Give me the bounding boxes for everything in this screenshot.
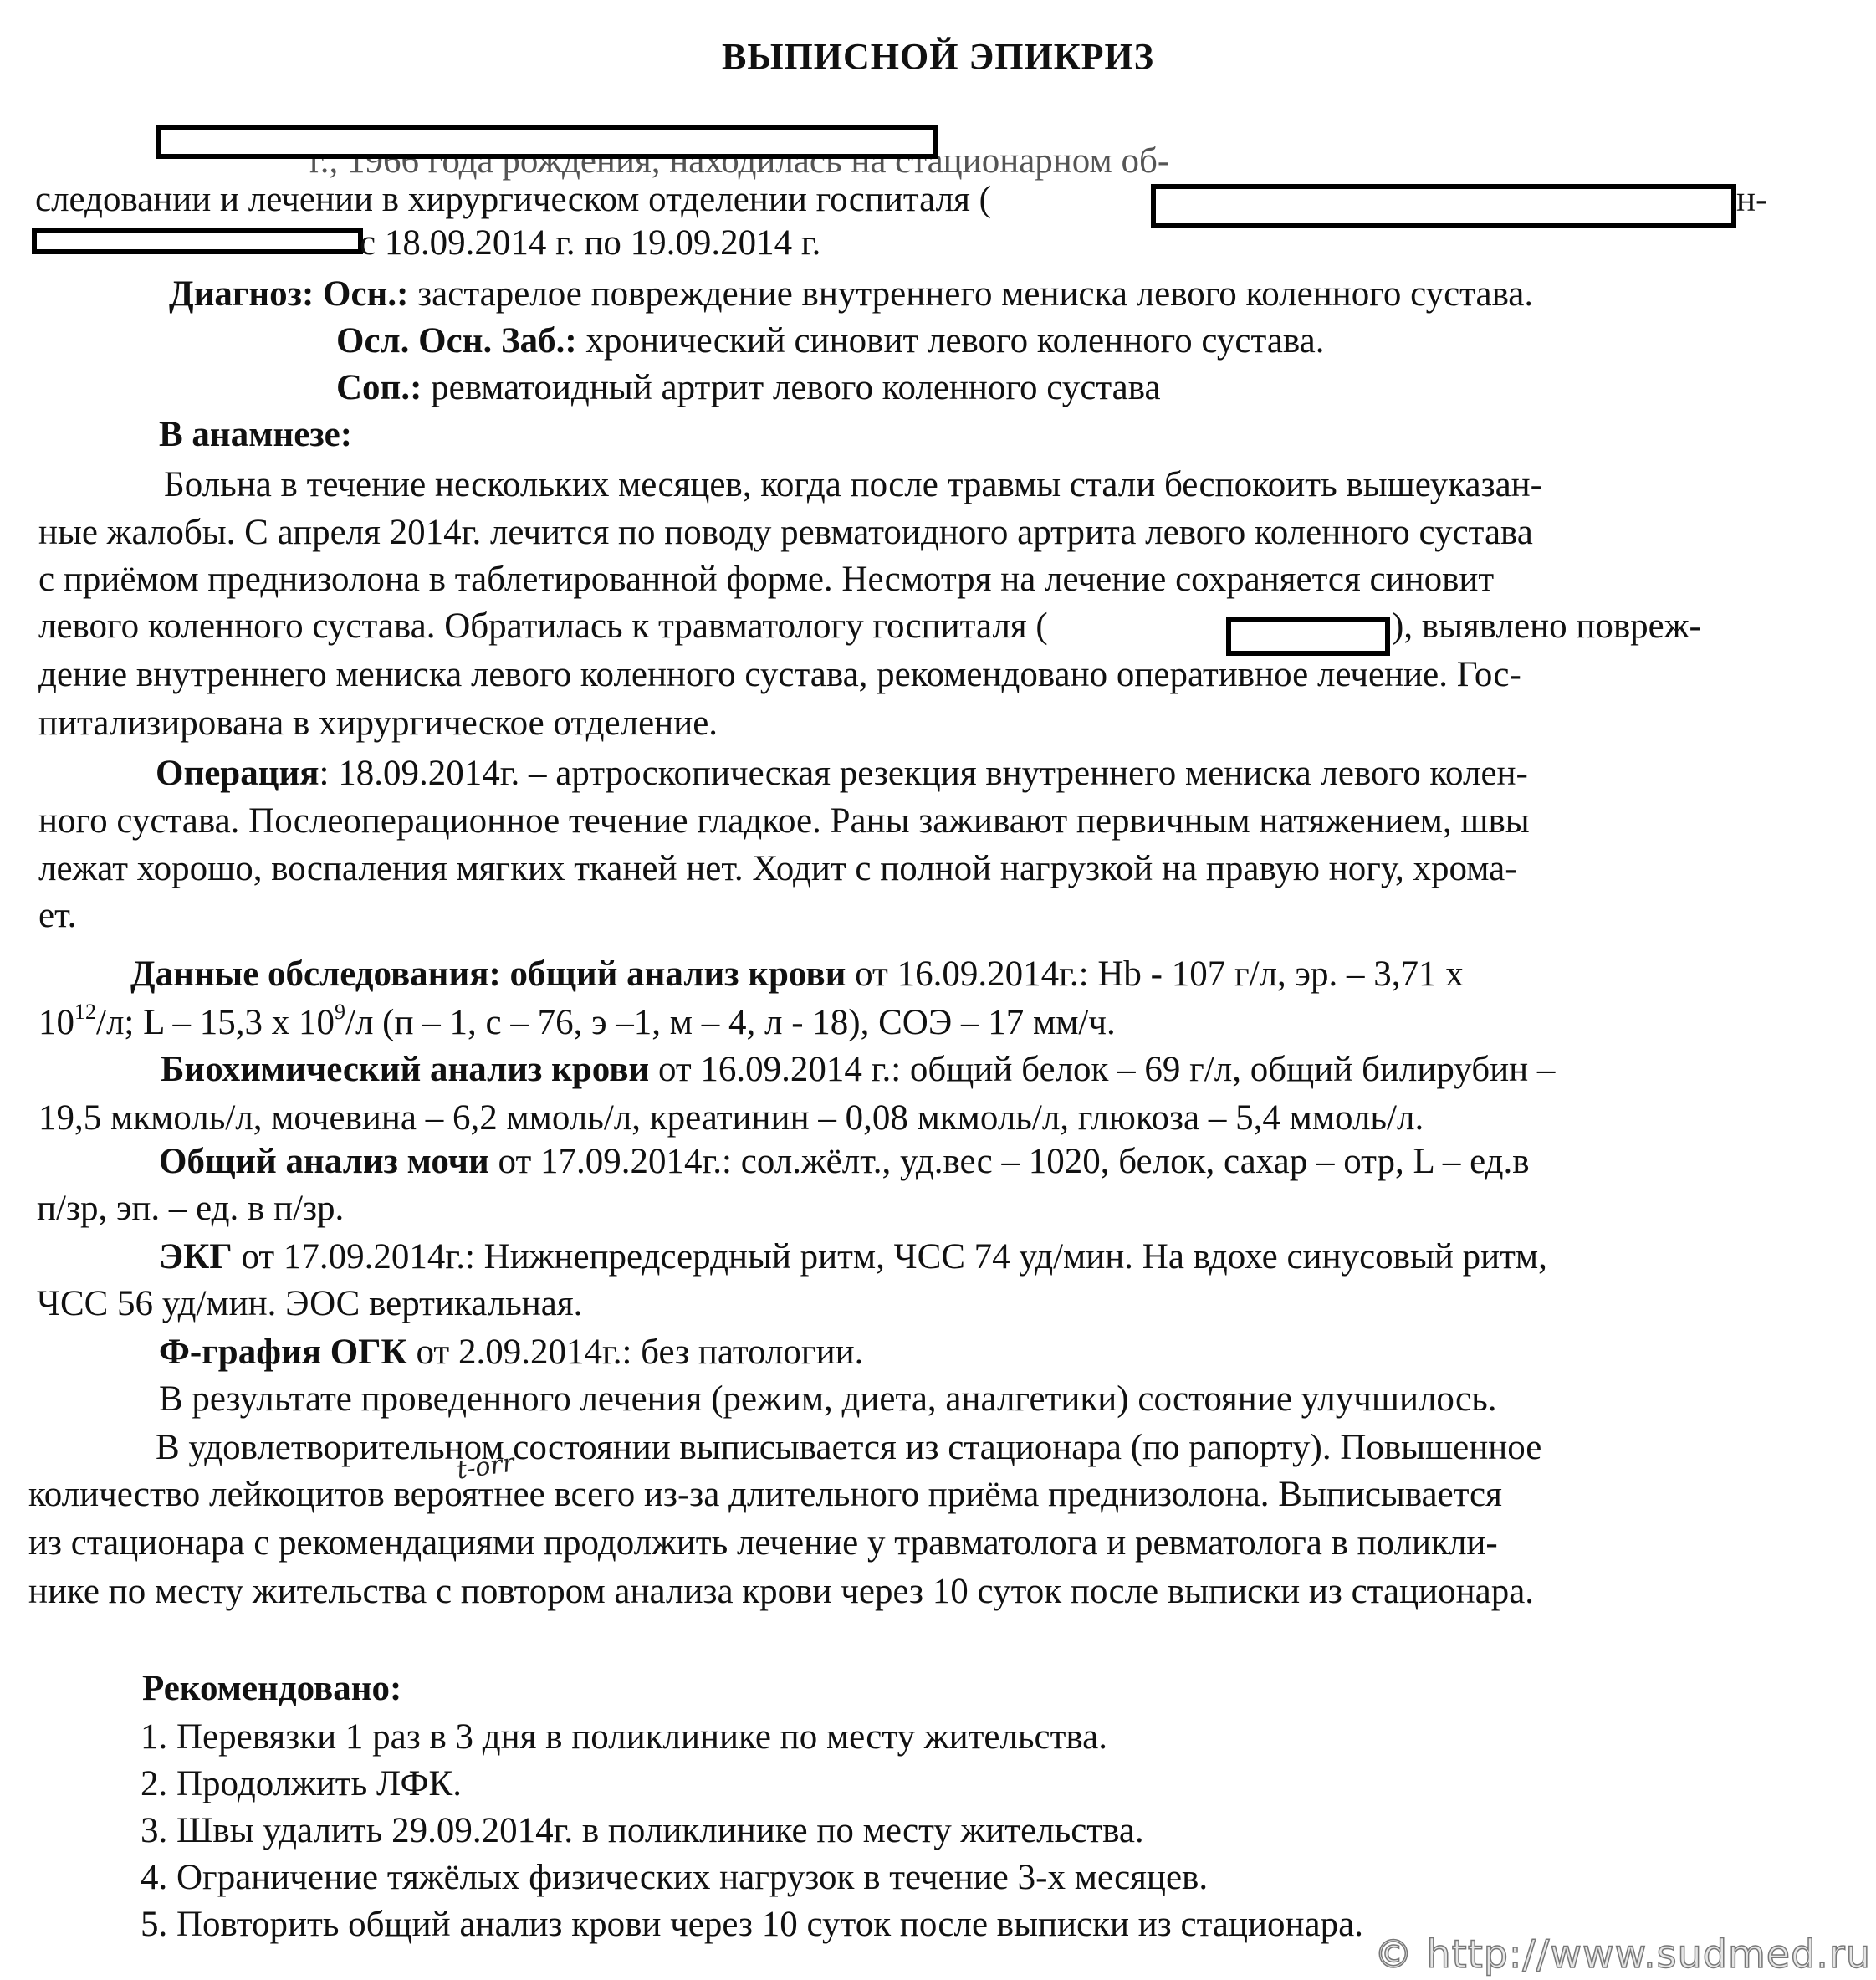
anamnesis-heading: В анамнезе: (159, 412, 352, 458)
cbc-line-1: Данные обследования: общий анализ крови … (130, 952, 1464, 997)
intro-line-2-end: н- (1736, 177, 1767, 223)
intro-line-2: следовании и лечении в хирургическом отд… (35, 177, 991, 223)
recommendation-item-2: 2. Продолжить ЛФК. (141, 1762, 462, 1807)
intro-line-3: с 18.09.2014 г. по 19.09.2014 г. (360, 221, 820, 266)
anamnesis-line-6: питализирована в хирургическое отделение… (38, 701, 718, 746)
redacted-ministry (32, 228, 363, 254)
operation-line-3: лежат хорошо, воспаления мягких тканей н… (38, 847, 1517, 892)
anamnesis-line-4: левого коленного сустава. Обратилась к т… (38, 604, 1048, 649)
redacted-hospital (1151, 184, 1736, 228)
recommendation-item-5: 5. Повторить общий анализ крови через 10… (141, 1902, 1363, 1947)
recommendation-item-4: 4. Ограничение тяжёлых физических нагруз… (141, 1855, 1208, 1901)
anamnesis-line-1: Больна в течение нескольких месяцев, ког… (164, 463, 1542, 508)
anamnesis-line-3: с приёмом преднизолона в таблетированной… (38, 557, 1494, 602)
anamnesis-line-4-end: ), выявлено повреж- (1392, 604, 1701, 649)
outcome-line-3: количество лейкоцитов вероятнее всего из… (28, 1472, 1502, 1517)
outcome-line-4: из стационара с рекомендациями продолжит… (28, 1521, 1498, 1566)
recommendation-item-3: 3. Швы удалить 29.09.2014г. в поликлиник… (141, 1809, 1144, 1854)
xray-line: Ф-графия ОГК от 2.09.2014г.: без патолог… (159, 1330, 863, 1375)
redacted-hospital-2 (1226, 617, 1390, 656)
outcome-line-5: нике по месту жительства с повтором анал… (28, 1569, 1534, 1614)
ecg-line-2: ЧСС 56 уд/мин. ЭОС вертикальная. (37, 1282, 582, 1327)
outcome-line-1: В результате проведенного лечения (режим… (159, 1377, 1496, 1422)
operation-line-1: Операция: 18.09.2014г. – артроскопическа… (156, 751, 1528, 796)
biochem-line-2: 19,5 мкмоль/л, мочевина – 6,2 ммоль/л, к… (38, 1096, 1424, 1141)
diagnosis-complication: Осл. Осн. Заб.: хронический синовит лево… (336, 319, 1324, 364)
cbc-line-2: 1012/л; L – 15,3 х 109/л (п – 1, с – 76,… (38, 1000, 1116, 1046)
urine-line-2: п/зр, эп. – ед. в п/зр. (37, 1186, 344, 1231)
operation-line-4: ет. (38, 893, 76, 939)
biochem-line-1: Биохимический анализ крови от 16.09.2014… (161, 1047, 1555, 1092)
anamnesis-line-5: дение внутреннего мениска левого коленно… (38, 652, 1521, 698)
outcome-line-2: В удовлетворительном состоянии выписывае… (156, 1425, 1541, 1471)
recommendation-item-1: 1. Перевязки 1 раз в 3 дня в поликлинике… (141, 1715, 1107, 1760)
redacted-name (156, 125, 938, 159)
watermark: © http://www.sudmed.ru (1374, 1931, 1871, 1977)
ecg-line-1: ЭКГ от 17.09.2014г.: Нижнепредсердный ри… (159, 1235, 1547, 1280)
anamnesis-line-2: ные жалобы. С апреля 2014г. лечится по п… (38, 510, 1533, 555)
diagnosis-concomitant: Соп.: ревматоидный артрит левого коленно… (336, 366, 1161, 411)
document-title: ВЫПИСНОЙ ЭПИКРИЗ (0, 35, 1876, 78)
document-page: ВЫПИСНОЙ ЭПИКРИЗ г., 1966 года рождения,… (0, 0, 1876, 1980)
urine-line-1: Общий анализ мочи от 17.09.2014г.: сол.ж… (159, 1139, 1530, 1184)
operation-line-2: ного сустава. Послеоперационное течение … (38, 799, 1530, 844)
recommendations-heading: Рекомендовано: (142, 1666, 401, 1711)
diagnosis-main: Диагноз: Осн.: застарелое повреждение вн… (169, 272, 1533, 317)
